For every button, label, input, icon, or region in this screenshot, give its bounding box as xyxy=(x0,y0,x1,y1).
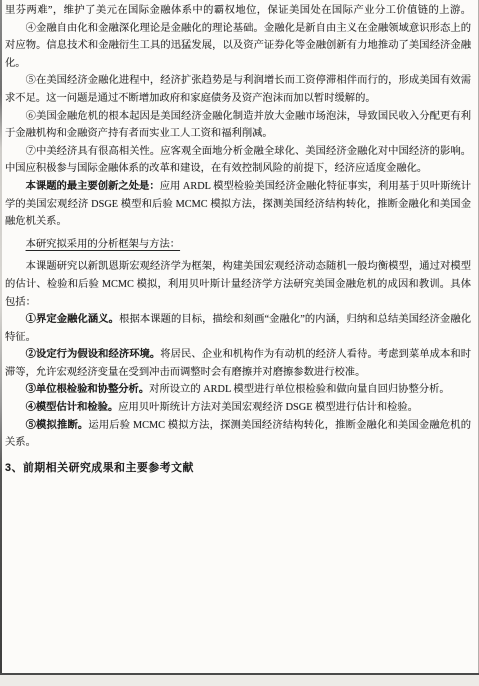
document-body: 里芬两难”，维护了美元在国际金融体系中的霸权地位，保证美国处在国际产业分工价值链… xyxy=(5,2,471,488)
paragraph-point-5: ⑤在美国经济金融化进程中，经济扩张趋势是与利润增长而工资停滞相伴而行的，形成美国… xyxy=(5,72,471,107)
page-margin-strip xyxy=(0,675,479,686)
paragraph-framework-intro: 本课题研究以新凯恩斯宏观经济学为框架，构建美国宏观经济动态随机一般均衡模型，通过… xyxy=(5,258,471,311)
paragraph-point-7: ⑦中美经济具有很高相关性。应客观全面地分析金融全球化、美国经济金融化对中国经济的… xyxy=(5,143,471,178)
step-item-1: ①界定金融化涵义。根据本课题的目标，描绘和刻画“金融化”的内涵，归纳和总结美国经… xyxy=(5,311,471,346)
paragraph-point-6: ⑥美国金融危机的根本起因是美国经济金融化制造并放大金融市场泡沫，导致国民收入分配… xyxy=(5,108,471,143)
step-item-2: ②设定行为假设和经济环境。将居民、企业和机构作为有动机的经济人看待。考虑到菜单成… xyxy=(5,346,471,381)
paragraph-triffin-continuation: 里芬两难”，维护了美元在国际金融体系中的霸权地位，保证美国处在国际产业分工价值链… xyxy=(5,2,471,20)
step-3-lead: ③单位根检验和协整分析。 xyxy=(26,384,150,395)
framework-heading: 本研究拟采用的分析框架与方法： xyxy=(5,236,471,254)
step-4-lead: ④模型估计和检验。 xyxy=(26,402,119,413)
step-item-5: ⑤模拟推断。运用后验 MCMC 模拟方法，探测美国经济结构转化，推断金融化和美国… xyxy=(5,417,471,452)
cell-border-left xyxy=(0,0,2,674)
step-4-rest: 应用贝叶斯统计方法对美国宏观经济 DSGE 模型进行估计和检验。 xyxy=(118,402,418,413)
step-5-lead: ⑤模拟推断。 xyxy=(26,420,89,431)
step-2-lead: ②设定行为假设和经济环境。 xyxy=(26,349,161,360)
document-page: 里芬两难”，维护了美元在国际金融体系中的霸权地位，保证美国处在国际产业分工价值链… xyxy=(0,0,479,686)
innovation-lead-text: 本课题的最主要创新之处是： xyxy=(26,181,160,192)
step-item-3: ③单位根检验和协整分析。对所设立的 ARDL 模型进行单位根检验和做向量自回归协… xyxy=(5,381,471,399)
paragraph-innovation: 本课题的最主要创新之处是：应用 ARDL 模型检验美国经济金融化特征事实，利用基… xyxy=(5,178,471,231)
section-heading-3: 3、前期相关研究成果和主要参考文献 xyxy=(5,460,471,478)
framework-heading-text: 本研究拟采用的分析框架与方法： xyxy=(26,239,180,250)
step-item-4: ④模型估计和检验。应用贝叶斯统计方法对美国宏观经济 DSGE 模型进行估计和检验… xyxy=(5,399,471,417)
step-3-rest: 对所设立的 ARDL 模型进行单位根检验和做向量自回归协整分析。 xyxy=(149,384,450,395)
paragraph-point-4: ④金融自由化和金融深化理论是金融化的理论基础。金融化是新自由主义在金融领域意识形… xyxy=(5,20,471,73)
step-1-lead: ①界定金融化涵义。 xyxy=(26,314,119,325)
